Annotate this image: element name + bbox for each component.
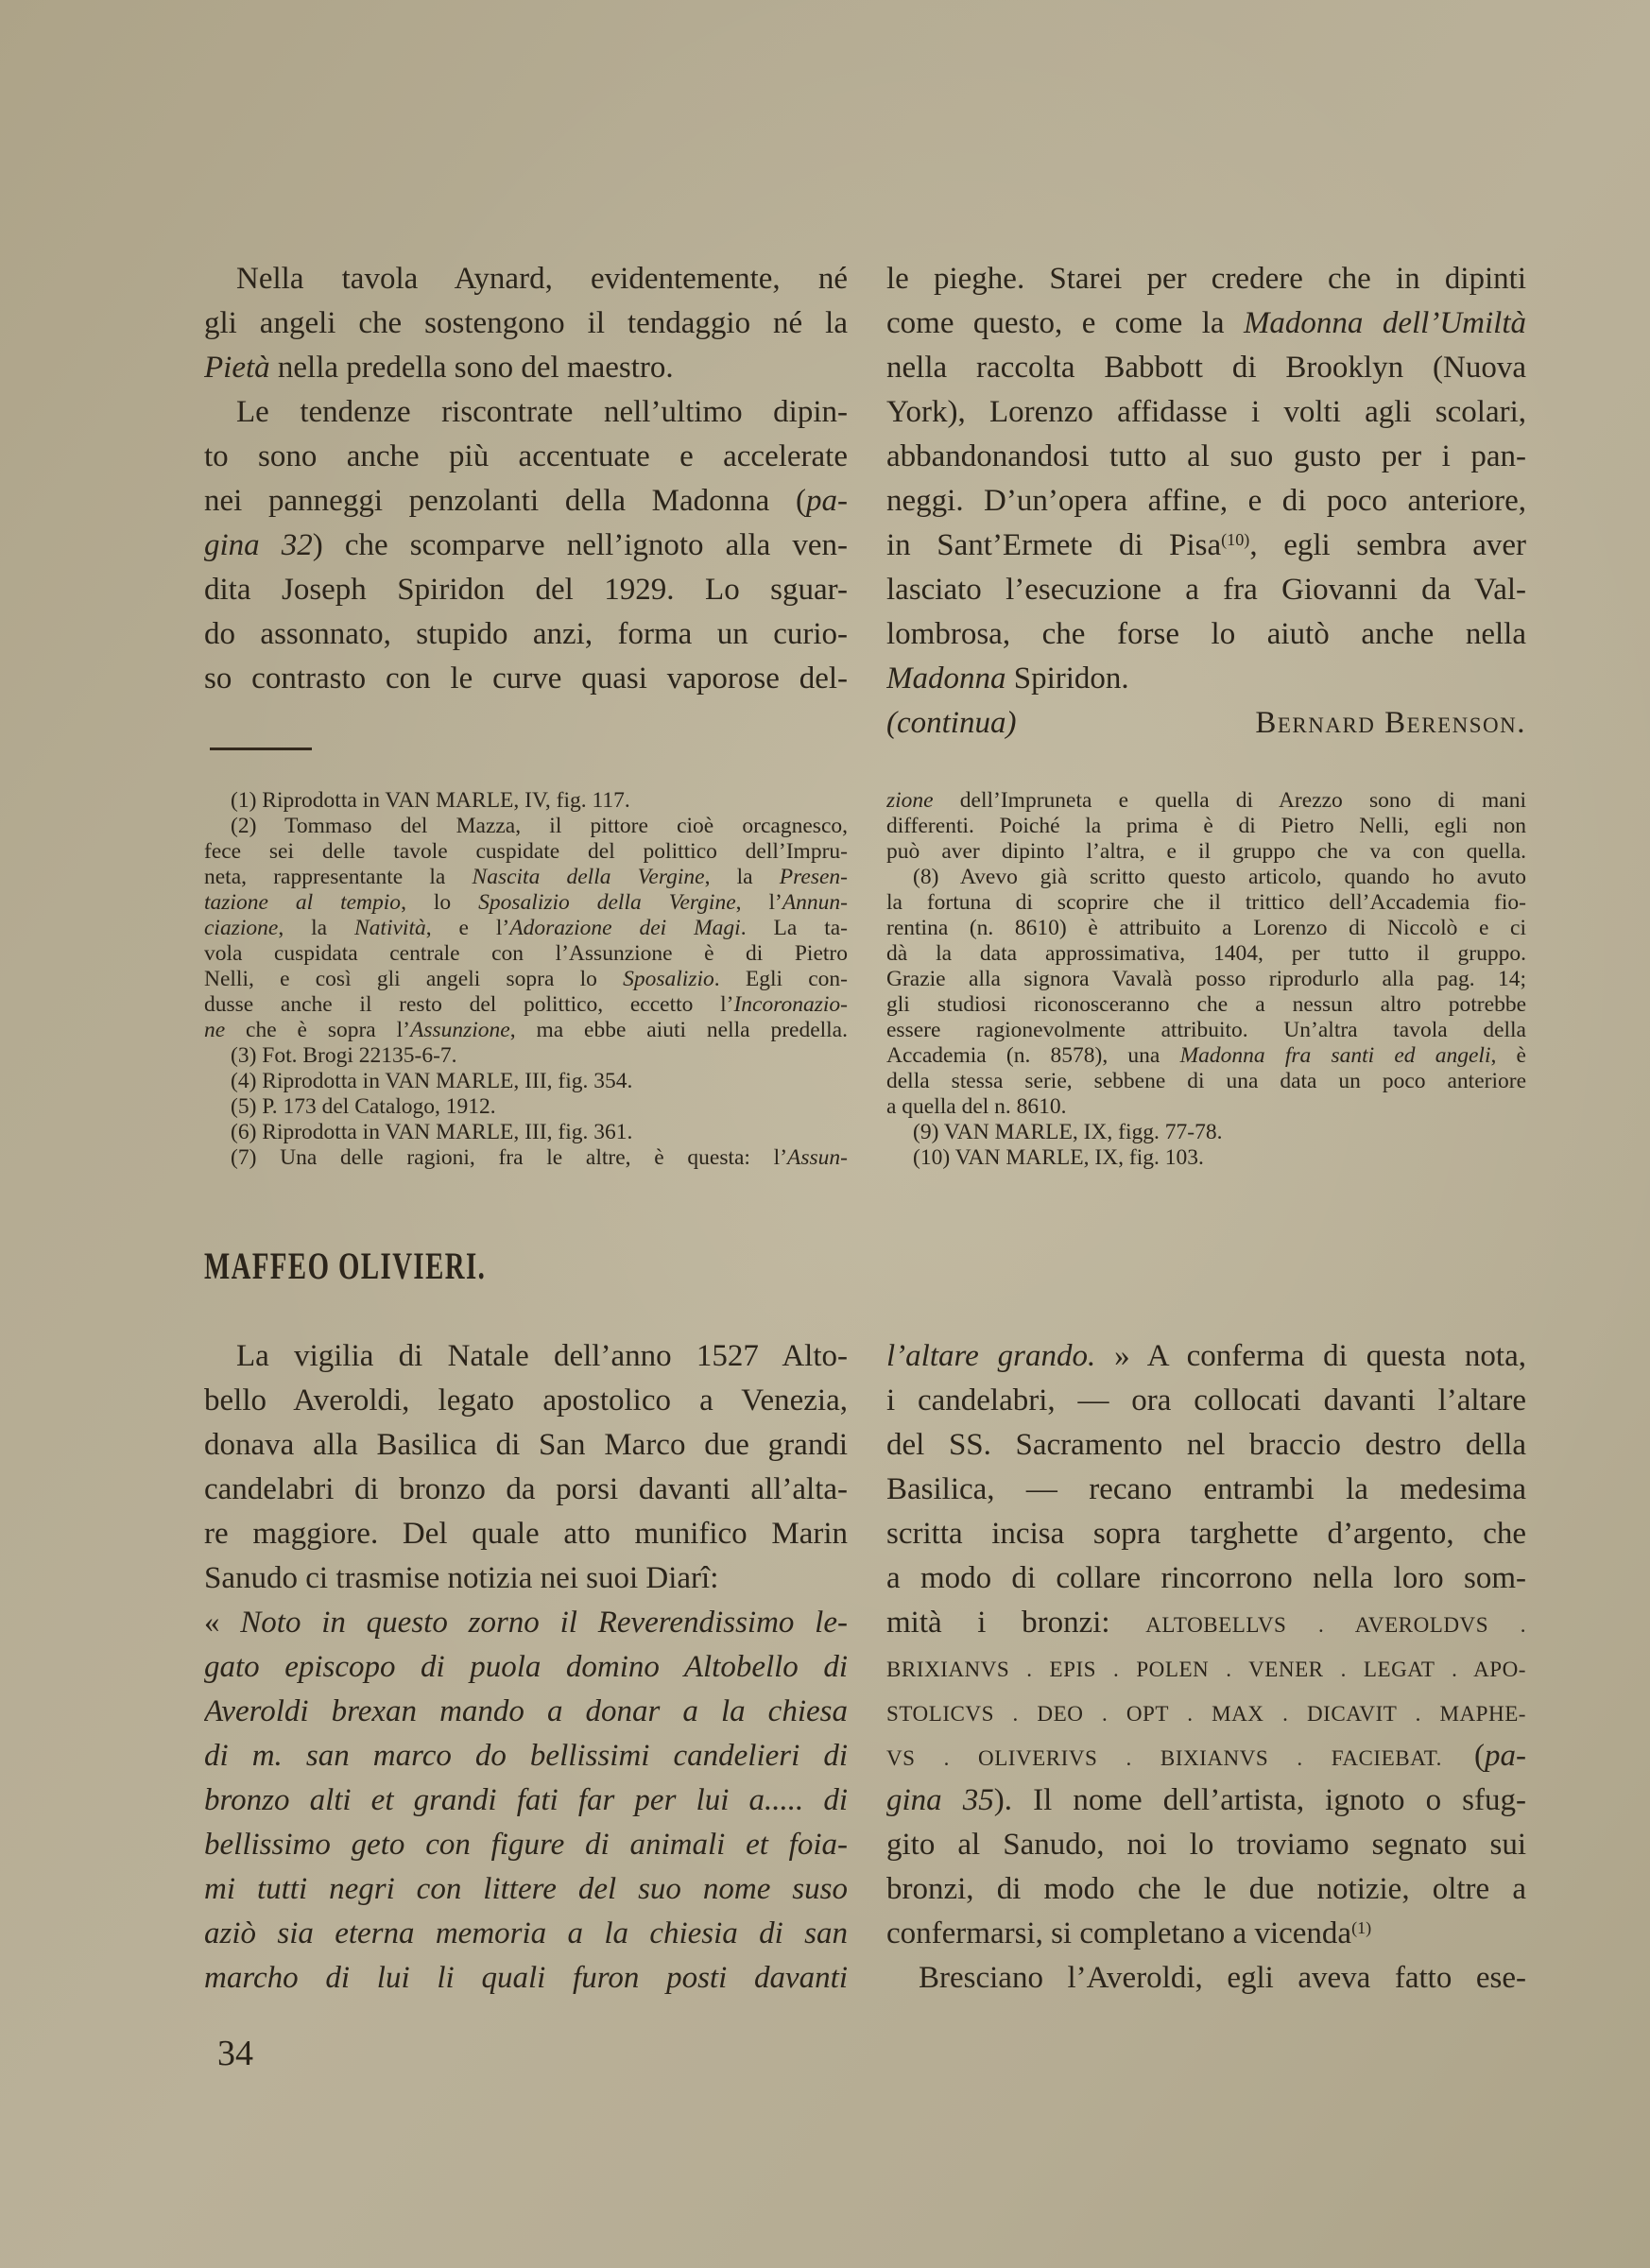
text-line: Nella tavola Aynard, evidentemente, né xyxy=(204,257,848,301)
text-line: a quella del n. 8610. xyxy=(886,1094,1526,1120)
text-segment: in Sant’Ermete di Pisa xyxy=(886,528,1221,562)
text-segment: , lo xyxy=(401,890,478,915)
text-segment: candelabri di bronzo da porsi davanti al… xyxy=(204,1472,848,1506)
text-segment: to sono anche più accentuate e accelerat… xyxy=(204,439,848,473)
text-segment: mità i bronzi: xyxy=(886,1606,1145,1640)
text-line: l’altare grando. » A conferma di questa … xyxy=(886,1334,1526,1379)
text-segment: lombrosa, che forse lo aiutò anche nella xyxy=(886,617,1526,651)
text-segment: nella raccolta Babbott di Brooklyn (Nuov… xyxy=(886,351,1526,385)
text-line: Nelli, e così gli angeli sopra lo Sposal… xyxy=(204,967,848,992)
article2-right-column: l’altare grando. » A conferma di questa … xyxy=(886,1334,1526,2001)
text-segment: (1) xyxy=(1351,1918,1371,1937)
text-line: confermarsi, si completano a vicenda(1) xyxy=(886,1912,1526,1956)
text-line: « Noto in questo zorno il Reverendissimo… xyxy=(204,1601,848,1645)
text-segment: Averoldi brexan mando a donar a la chies… xyxy=(204,1694,848,1728)
text-segment: (8) Avevo già scritto questo articolo, q… xyxy=(913,865,1526,889)
text-line: come questo, e come la Madonna dell’Umil… xyxy=(886,301,1526,346)
text-segment: confermarsi, si completano a vicenda xyxy=(886,1916,1351,1950)
text-line: BRIXIANVS . EPIS . POLEN . VENER . LEGAT… xyxy=(886,1645,1526,1690)
text-segment: , la xyxy=(705,865,780,889)
text-line: Madonna Spiridon. xyxy=(886,657,1526,701)
text-line: del SS. Sacramento nel braccio destro de… xyxy=(886,1423,1526,1468)
text-segment: « xyxy=(204,1606,240,1640)
text-segment: Pietà xyxy=(204,351,270,385)
text-line: VS . OLIVERIVS . BIXIANVS . FACIEBAT. (p… xyxy=(886,1734,1526,1778)
text-segment: marcho di lui li quali furon posti davan… xyxy=(204,1961,848,1995)
text-segment: gina 32 xyxy=(204,528,313,562)
text-line: (7) Una delle ragioni, fra le altre, è q… xyxy=(204,1145,848,1171)
text-segment: vola cuspidata centrale con l’Assunzione… xyxy=(204,941,848,966)
footnotes-right-column: zione dell’Impruneta e quella di Arezzo … xyxy=(886,788,1526,1171)
text-line: candelabri di bronzo da porsi davanti al… xyxy=(204,1468,848,1512)
text-segment: Annun- xyxy=(782,890,848,915)
text-segment: . La ta- xyxy=(741,916,848,940)
text-line: Basilica, — recano entrambi la medesima xyxy=(886,1468,1526,1512)
footnote-divider-rule xyxy=(210,747,312,750)
text-line: re maggiore. Del quale atto munifico Mar… xyxy=(204,1512,848,1556)
text-segment: (10) xyxy=(1221,530,1249,549)
text-segment: , e l’ xyxy=(426,916,509,940)
text-segment: BRIXIANVS . EPIS . POLEN . VENER . LEGAT… xyxy=(886,1657,1526,1681)
text-line: lombrosa, che forse lo aiutò anche nella xyxy=(886,612,1526,657)
text-segment: bellissimo geto con figure di animali et… xyxy=(204,1828,848,1862)
text-line: zione dell’Impruneta e quella di Arezzo … xyxy=(886,788,1526,814)
text-segment: Natività xyxy=(354,916,426,940)
text-segment: Bresciano l’Averoldi, egli aveva fatto e… xyxy=(919,1961,1526,1995)
text-segment: VS . OLIVERIVS . BIXIANVS . FACIEBAT. xyxy=(886,1745,1442,1770)
text-segment: gito al Sanudo, noi lo troviamo segnato … xyxy=(886,1828,1526,1862)
text-segment: nella predella sono del maestro. xyxy=(270,351,674,385)
line-right-part: Bernard Berenson. xyxy=(1255,701,1526,746)
text-line: (9) VAN MARLE, IX, figg. 77-78. xyxy=(886,1120,1526,1145)
text-line: della stessa serie, sebbene di una data … xyxy=(886,1069,1526,1094)
text-segment: bronzi, di modo che le due notizie, oltr… xyxy=(886,1872,1526,1906)
text-segment: donava alla Basilica di San Marco due gr… xyxy=(204,1428,848,1462)
text-segment: (7) Una delle ragioni, fra le altre, è q… xyxy=(231,1145,787,1170)
text-segment: Presen- xyxy=(780,865,848,889)
text-segment: tazione al tempio xyxy=(204,890,401,915)
text-line: essere ragionevolmente attribuito. Un’al… xyxy=(886,1018,1526,1043)
text-segment: di m. san marco do bellissimi candelieri… xyxy=(204,1739,848,1773)
text-segment: dusse anche il resto del polittico, ecce… xyxy=(204,992,733,1017)
text-segment: gato episcopo di puola domino Altobello … xyxy=(204,1650,848,1684)
text-segment: che è sopra l’ xyxy=(225,1018,410,1042)
text-segment: Basilica, — recano entrambi la medesima xyxy=(886,1472,1526,1506)
text-line: vola cuspidata centrale con l’Assunzione… xyxy=(204,941,848,967)
text-segment: bronzo alti et grandi fati far per lui a… xyxy=(204,1783,848,1817)
text-segment: Accademia (n. 8578), una xyxy=(886,1043,1180,1068)
text-segment: fece sei delle tavole cuspidate del poli… xyxy=(204,839,848,864)
text-line: bronzo alti et grandi fati far per lui a… xyxy=(204,1778,848,1823)
text-line: gli studiosi riconosceranno che a nessun… xyxy=(886,992,1526,1018)
text-line: La vigilia di Natale dell’anno 1527 Alto… xyxy=(204,1334,848,1379)
text-line: Averoldi brexan mando a donar a la chies… xyxy=(204,1690,848,1734)
text-line: abbandonandosi tutto al suo gusto per i … xyxy=(886,435,1526,479)
text-line: (1) Riprodotta in VAN MARLE, IV, fig. 11… xyxy=(204,788,848,814)
text-segment: do assonnato, stupido anzi, forma un cur… xyxy=(204,617,848,651)
text-segment: la fortuna di scoprire che il trittico d… xyxy=(886,890,1526,915)
text-segment: ALTOBELLVS . AVEROLDVS . xyxy=(1145,1612,1526,1637)
text-line: a modo di collare rincorrono nella loro … xyxy=(886,1556,1526,1601)
text-line: gato episcopo di puola domino Altobello … xyxy=(204,1645,848,1690)
text-segment: Sanudo ci trasmise notizia nei suoi Diar… xyxy=(204,1561,718,1595)
section-heading-maffeo-olivieri: MAFFEO OLIVIERI. xyxy=(204,1244,486,1288)
article2-left-column: La vigilia di Natale dell’anno 1527 Alto… xyxy=(204,1334,848,2001)
text-segment: (5) P. 173 del Catalogo, 1912. xyxy=(231,1094,496,1119)
text-segment: Bernard Berenson. xyxy=(1255,706,1526,740)
text-line: fece sei delle tavole cuspidate del poli… xyxy=(204,839,848,865)
article1-right-column: le pieghe. Starei per credere che in dip… xyxy=(886,257,1526,746)
text-segment: scritta incisa sopra targhette d’argento… xyxy=(886,1517,1526,1551)
text-segment: gli studiosi riconosceranno che a nessun… xyxy=(886,992,1526,1017)
text-line: (8) Avevo già scritto questo articolo, q… xyxy=(886,865,1526,890)
text-line: (4) Riprodotta in VAN MARLE, III, fig. 3… xyxy=(204,1069,848,1094)
text-segment: ( xyxy=(1442,1739,1485,1773)
text-segment: gina 35 xyxy=(886,1783,994,1817)
text-line: (2) Tommaso del Mazza, il pittore cioè o… xyxy=(204,814,848,839)
text-segment: ). Il nome dell’artista, ignoto o sfug- xyxy=(994,1783,1526,1817)
text-segment: Madonna fra santi ed angeli xyxy=(1180,1043,1491,1068)
text-segment: lasciato l’esecuzione a fra Giovanni da … xyxy=(886,573,1526,607)
page-number: 34 xyxy=(217,2033,253,2074)
text-line: mità i bronzi: ALTOBELLVS . AVEROLDVS . xyxy=(886,1601,1526,1645)
text-line: differenti. Poiché la prima è di Pietro … xyxy=(886,814,1526,839)
text-segment: Spiridon. xyxy=(1006,661,1129,696)
text-segment: , ma ebbe aiuti nella predella. xyxy=(510,1018,848,1042)
text-line: (3) Fot. Brogi 22135-6-7. xyxy=(204,1043,848,1069)
text-segment: pa- xyxy=(1485,1739,1526,1773)
text-segment: a modo di collare rincorrono nella loro … xyxy=(886,1561,1526,1595)
text-segment: neta, rappresentante la xyxy=(204,865,473,889)
text-segment: della stessa serie, sebbene di una data … xyxy=(886,1069,1526,1093)
text-line: tazione al tempio, lo Sposalizio della V… xyxy=(204,890,848,916)
text-segment: Nelli, e così gli angeli sopra lo xyxy=(204,967,623,991)
text-line: marcho di lui li quali furon posti davan… xyxy=(204,1956,848,2001)
text-segment: re maggiore. Del quale atto munifico Mar… xyxy=(204,1517,848,1551)
text-line: rentina (n. 8610) è attribuito a Lorenzo… xyxy=(886,916,1526,941)
text-segment: del SS. Sacramento nel braccio destro de… xyxy=(886,1428,1526,1462)
text-segment: mi tutti negri con littere del suo nome … xyxy=(204,1872,848,1906)
text-segment: Assun- xyxy=(787,1145,848,1170)
text-segment: i candelabri, — ora collocati davanti l’… xyxy=(886,1383,1526,1417)
text-line: neggi. D’un’opera affine, e di poco ante… xyxy=(886,479,1526,524)
text-segment: ) che scomparve nell’ignoto alla ven- xyxy=(313,528,848,562)
text-segment: Noto in questo zorno il Reverendissimo l… xyxy=(240,1606,848,1640)
text-segment: gli angeli che sostengono il tendaggio n… xyxy=(204,306,848,340)
text-segment: Sposalizio xyxy=(623,967,714,991)
text-segment: (2) Tommaso del Mazza, il pittore cioè o… xyxy=(231,814,848,838)
text-segment: bello Averoldi, legato apostolico a Vene… xyxy=(204,1383,848,1417)
text-segment: (3) Fot. Brogi 22135-6-7. xyxy=(231,1043,457,1068)
text-line: lasciato l’esecuzione a fra Giovanni da … xyxy=(886,568,1526,612)
text-segment: Le tendenze riscontrate nell’ultimo dipi… xyxy=(236,395,848,429)
text-line: i candelabri, — ora collocati davanti l’… xyxy=(886,1379,1526,1423)
text-segment: , egli sembra aver xyxy=(1249,528,1526,562)
text-segment: so contrasto con le curve quasi vaporose… xyxy=(204,661,848,696)
text-segment: York), Lorenzo affidasse i volti agli sc… xyxy=(886,395,1526,429)
text-line: aziò sia eterna memoria a la chiesia di … xyxy=(204,1912,848,1956)
text-segment: neggi. D’un’opera affine, e di poco ante… xyxy=(886,484,1526,518)
text-line: STOLICVS . DEO . OPT . MAX . DICAVIT . M… xyxy=(886,1690,1526,1734)
text-segment: Grazie alla signora Vavalà posso riprodu… xyxy=(886,967,1526,991)
text-line: le pieghe. Starei per credere che in dip… xyxy=(886,257,1526,301)
text-segment: le pieghe. Starei per credere che in dip… xyxy=(886,262,1526,296)
text-segment: ciazione xyxy=(204,916,278,940)
text-line: bellissimo geto con figure di animali et… xyxy=(204,1823,848,1867)
text-line: Sanudo ci trasmise notizia nei suoi Diar… xyxy=(204,1556,848,1601)
scanned-journal-page: Nella tavola Aynard, evidentemente, négl… xyxy=(0,0,1650,2268)
text-line: nei panneggi penzolanti della Madonna (p… xyxy=(204,479,848,524)
text-line: neta, rappresentante la Nascita della Ve… xyxy=(204,865,848,890)
text-line: bello Averoldi, legato apostolico a Vene… xyxy=(204,1379,848,1423)
text-segment: , l’ xyxy=(736,890,782,915)
text-segment: a quella del n. 8610. xyxy=(886,1094,1067,1119)
text-segment: STOLICVS . DEO . OPT . MAX . DICAVIT . M… xyxy=(886,1701,1526,1726)
text-segment: (6) Riprodotta in VAN MARLE, III, fig. 3… xyxy=(231,1120,632,1144)
text-segment: differenti. Poiché la prima è di Pietro … xyxy=(886,814,1526,838)
text-segment: Nella tavola Aynard, evidentemente, né xyxy=(236,262,848,296)
text-segment: nei panneggi penzolanti della Madonna ( xyxy=(204,484,806,518)
text-line: to sono anche più accentuate e accelerat… xyxy=(204,435,848,479)
text-line: (5) P. 173 del Catalogo, 1912. xyxy=(204,1094,848,1120)
text-line: gli angeli che sostengono il tendaggio n… xyxy=(204,301,848,346)
text-line: di m. san marco do bellissimi candelieri… xyxy=(204,1734,848,1778)
line-left-part: (continua) xyxy=(886,701,1016,746)
text-line: mi tutti negri con littere del suo nome … xyxy=(204,1867,848,1912)
text-segment: aziò sia eterna memoria a la chiesia di … xyxy=(204,1916,848,1950)
text-line: gito al Sanudo, noi lo troviamo segnato … xyxy=(886,1823,1526,1867)
text-line: donava alla Basilica di San Marco due gr… xyxy=(204,1423,848,1468)
text-segment: (4) Riprodotta in VAN MARLE, III, fig. 3… xyxy=(231,1069,632,1093)
text-segment: pa- xyxy=(806,484,848,518)
text-segment: può aver dipinto l’altra, e il gruppo ch… xyxy=(886,839,1526,864)
text-line: ciazione, la Natività, e l’Adorazione de… xyxy=(204,916,848,941)
footnotes-left-column: (1) Riprodotta in VAN MARLE, IV, fig. 11… xyxy=(204,788,848,1171)
text-line: gina 32) che scomparve nell’ignoto alla … xyxy=(204,524,848,568)
text-segment: Assunzione xyxy=(410,1018,510,1042)
text-line: Le tendenze riscontrate nell’ultimo dipi… xyxy=(204,390,848,435)
text-line: bronzi, di modo che le due notizie, oltr… xyxy=(886,1867,1526,1912)
text-segment: Madonna dell’Umiltà xyxy=(1244,306,1526,340)
text-segment: Incoronazio- xyxy=(733,992,848,1017)
text-line: Pietà nella predella sono del maestro. xyxy=(204,346,848,390)
text-segment: Adorazione dei Magi xyxy=(509,916,741,940)
text-segment: » A conferma di questa nota, xyxy=(1095,1339,1526,1373)
text-line: Grazie alla signora Vavalà posso riprodu… xyxy=(886,967,1526,992)
text-line: scritta incisa sopra targhette d’argento… xyxy=(886,1512,1526,1556)
text-segment: Sposalizio della Vergine xyxy=(478,890,735,915)
text-line: la fortuna di scoprire che il trittico d… xyxy=(886,890,1526,916)
text-segment: (9) VAN MARLE, IX, figg. 77-78. xyxy=(913,1120,1222,1144)
text-line: Accademia (n. 8578), una Madonna fra san… xyxy=(886,1043,1526,1069)
text-segment: . Egli con- xyxy=(714,967,848,991)
text-segment: dell’Impruneta e quella di Arezzo sono d… xyxy=(934,788,1526,813)
text-line: do assonnato, stupido anzi, forma un cur… xyxy=(204,612,848,657)
text-line: in Sant’Ermete di Pisa(10), egli sembra … xyxy=(886,524,1526,568)
text-segment: Nascita della Vergine xyxy=(473,865,705,889)
text-segment: , è xyxy=(1490,1043,1526,1068)
text-segment: essere ragionevolmente attribuito. Un’al… xyxy=(886,1018,1526,1042)
text-line: dusse anche il resto del polittico, ecce… xyxy=(204,992,848,1018)
text-segment: rentina (n. 8610) è attribuito a Lorenzo… xyxy=(886,916,1526,940)
text-segment: abbandonandosi tutto al suo gusto per i … xyxy=(886,439,1526,473)
article1-left-column: Nella tavola Aynard, evidentemente, négl… xyxy=(204,257,848,701)
text-segment: (10) VAN MARLE, IX, fig. 103. xyxy=(913,1145,1204,1170)
text-line: (10) VAN MARLE, IX, fig. 103. xyxy=(886,1145,1526,1171)
text-segment: dà la data approssimativa, 1404, per tut… xyxy=(886,941,1526,966)
text-line: so contrasto con le curve quasi vaporose… xyxy=(204,657,848,701)
text-segment: La vigilia di Natale dell’anno 1527 Alto… xyxy=(236,1339,848,1373)
text-segment: ne xyxy=(204,1018,225,1042)
text-segment: zione xyxy=(886,788,934,813)
text-line: ne che è sopra l’Assunzione, ma ebbe aiu… xyxy=(204,1018,848,1043)
text-line: nella raccolta Babbott di Brooklyn (Nuov… xyxy=(886,346,1526,390)
text-line: York), Lorenzo affidasse i volti agli sc… xyxy=(886,390,1526,435)
text-segment: come questo, e come la xyxy=(886,306,1244,340)
text-segment: Madonna xyxy=(886,661,1006,696)
text-line: (6) Riprodotta in VAN MARLE, III, fig. 3… xyxy=(204,1120,848,1145)
text-segment: (1) Riprodotta in VAN MARLE, IV, fig. 11… xyxy=(231,788,630,813)
text-line: gina 35). Il nome dell’artista, ignoto o… xyxy=(886,1778,1526,1823)
text-line: Bresciano l’Averoldi, egli aveva fatto e… xyxy=(886,1956,1526,2001)
text-segment: (continua) xyxy=(886,706,1016,740)
text-segment: dita Joseph Spiridon del 1929. Lo sguar- xyxy=(204,573,848,607)
text-line: dà la data approssimativa, 1404, per tut… xyxy=(886,941,1526,967)
text-segment: l’altare grando. xyxy=(886,1339,1095,1373)
text-segment: , la xyxy=(278,916,354,940)
text-line: (continua)Bernard Berenson. xyxy=(886,701,1526,746)
text-line: può aver dipinto l’altra, e il gruppo ch… xyxy=(886,839,1526,865)
text-line: dita Joseph Spiridon del 1929. Lo sguar- xyxy=(204,568,848,612)
